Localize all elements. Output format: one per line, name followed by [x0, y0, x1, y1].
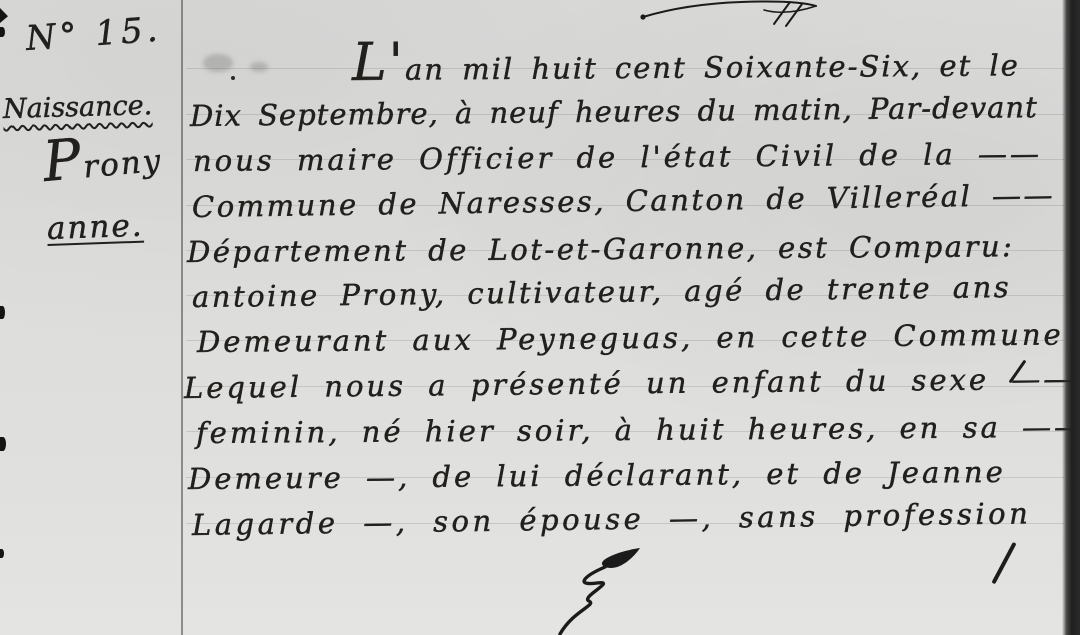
record-line: Département de Lot-et-Garonne, est Compa…: [187, 232, 1015, 267]
record-line: Demeure —, de lui déclarant, et de Jeann…: [188, 458, 1006, 494]
record-line: Commune de Naresses, Canton de Villeréal…: [192, 181, 1055, 222]
ink-blot: [0, 549, 4, 558]
record-line: Lagarde —, son épouse —, sans profession: [192, 499, 1032, 540]
smudge: [203, 54, 233, 72]
pen-slash-icon: [991, 542, 1016, 584]
record-type-label: Naissance.: [3, 92, 153, 123]
registrant-surname: Prony: [43, 146, 164, 187]
record-line: Demeurant aux Peyneguas, en cette Commun…: [197, 320, 1064, 357]
smudge: [250, 62, 268, 72]
registrant-firstname: anne.: [46, 211, 144, 245]
page-edge-shadow: [1062, 0, 1080, 635]
record-line: L'an mil huit cent Soixante-Six, et le: [352, 51, 1020, 85]
record-line: nous maire Officier de l'état Civil de l…: [193, 140, 1042, 176]
flourish-top-icon: [636, 0, 836, 32]
record-line: antoine Prony, cultivateur, agé de trent…: [192, 273, 1012, 312]
ink-blot: [0, 306, 5, 319]
ink-dot: [231, 76, 235, 80]
record-number: N° 15.: [25, 13, 163, 56]
ink-blot: [0, 27, 5, 37]
margin-rule: [181, 0, 183, 635]
flourish-bottom-icon: [552, 544, 682, 635]
ink-blot: [0, 8, 8, 23]
record-line: Dix Septembre, à neuf heures du matin, P…: [190, 93, 1038, 131]
record-line: Lequel nous a présenté un enfant du sexe…: [184, 365, 1076, 403]
ink-blot: [0, 437, 6, 451]
record-line: feminin, né hier soir, à huit heures, en…: [196, 413, 1080, 448]
register-page: N° 15. Naissance. Prony anne. L'an mil h…: [0, 0, 1080, 635]
